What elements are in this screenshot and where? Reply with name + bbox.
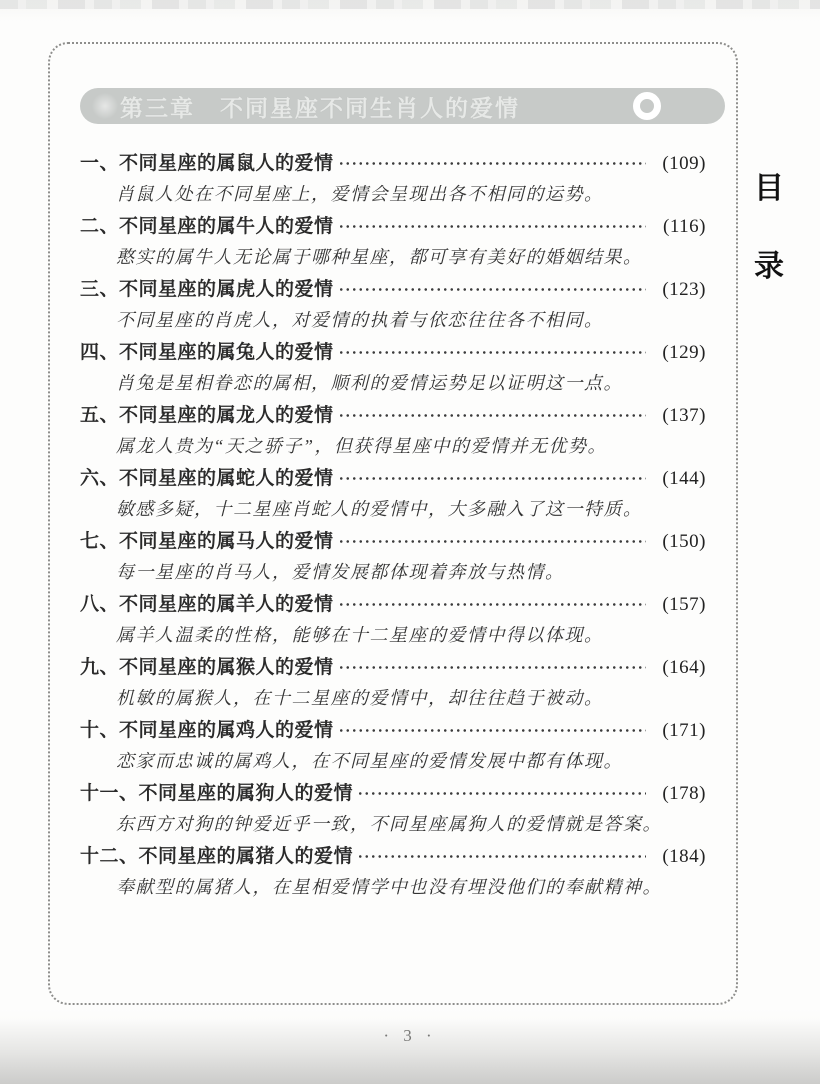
entry-description: 肖兔是星相眷恋的属相，顺利的爱情运势足以证明这一点。 <box>116 368 706 399</box>
entry-title: 十二、不同星座的属猪人的爱情 <box>80 841 353 872</box>
entry-title: 三、不同星座的属虎人的爱情 <box>80 274 334 305</box>
entry-description: 憨实的属牛人无论属于哪种星座，都可享有美好的婚姻结果。 <box>116 242 706 273</box>
ring-icon <box>633 92 661 120</box>
entry-description: 东西方对狗的钟爱近乎一致，不同星座属狗人的爱情就是答案。 <box>116 809 706 840</box>
dot-leader <box>357 778 646 809</box>
entry-description: 敏感多疑，十二星座肖蛇人的爱情中，大多融入了这一特质。 <box>116 494 706 525</box>
entry-title-row: 一、不同星座的属鼠人的爱情 (109) <box>80 148 706 179</box>
entry-page-number: (178) <box>652 778 706 809</box>
content-frame: 第三章 不同星座不同生肖人的爱情 一、不同星座的属鼠人的爱情 (109) 肖鼠人… <box>48 42 738 1005</box>
toc-entry: 八、不同星座的属羊人的爱情 (157) 属羊人温柔的性格，能够在十二星座的爱情中… <box>80 589 706 651</box>
dot-leader <box>338 148 646 179</box>
dot-leader <box>357 841 646 872</box>
entry-page-number: (123) <box>652 274 706 305</box>
dot-leader <box>338 274 646 305</box>
entry-description: 奉献型的属猪人，在星相爱情学中也没有埋没他们的奉献精神。 <box>116 872 706 903</box>
side-label-char: 目 <box>754 163 784 207</box>
bar-highlight <box>92 93 118 119</box>
toc-entry: 十一、不同星座的属狗人的爱情 (178) 东西方对狗的钟爱近乎一致，不同星座属狗… <box>80 778 706 840</box>
entry-page-number: (129) <box>652 337 706 368</box>
entry-page-number: (144) <box>652 463 706 494</box>
toc-entry: 一、不同星座的属鼠人的爱情 (109) 肖鼠人处在不同星座上，爱情会呈现出各不相… <box>80 148 706 210</box>
entry-description: 肖鼠人处在不同星座上，爱情会呈现出各不相同的运势。 <box>116 179 706 210</box>
entry-title: 九、不同星座的属猴人的爱情 <box>80 652 334 683</box>
entry-title-row: 十一、不同星座的属狗人的爱情 (178) <box>80 778 706 809</box>
entry-title: 二、不同星座的属牛人的爱情 <box>80 211 334 242</box>
dot-leader <box>338 211 646 242</box>
entry-page-number: (116) <box>652 211 706 242</box>
entry-title-row: 二、不同星座的属牛人的爱情 (116) <box>80 211 706 242</box>
toc-entry: 三、不同星座的属虎人的爱情 (123) 不同星座的肖虎人，对爱情的执着与依恋往往… <box>80 274 706 336</box>
dot-leader <box>338 526 646 557</box>
toc-entry: 六、不同星座的属蛇人的爱情 (144) 敏感多疑，十二星座肖蛇人的爱情中，大多融… <box>80 463 706 525</box>
side-label-char: 录 <box>754 241 784 285</box>
entry-page-number: (164) <box>652 652 706 683</box>
book-page: 第三章 不同星座不同生肖人的爱情 一、不同星座的属鼠人的爱情 (109) 肖鼠人… <box>0 0 820 1084</box>
page-number: · 3 · <box>0 1026 820 1046</box>
entry-page-number: (137) <box>652 400 706 431</box>
dot-leader <box>338 715 646 746</box>
toc-entry: 五、不同星座的属龙人的爱情 (137) 属龙人贵为“天之骄子”，但获得星座中的爱… <box>80 400 706 462</box>
entry-page-number: (171) <box>652 715 706 746</box>
toc-entry: 二、不同星座的属牛人的爱情 (116) 憨实的属牛人无论属于哪种星座，都可享有美… <box>80 211 706 273</box>
entry-description: 机敏的属猴人，在十二星座的爱情中，却往往趋于被动。 <box>116 683 706 714</box>
entry-title: 五、不同星座的属龙人的爱情 <box>80 400 334 431</box>
entry-description: 每一星座的肖马人，爱情发展都体现着奔放与热情。 <box>116 557 706 588</box>
entry-title-row: 七、不同星座的属马人的爱情 (150) <box>80 526 706 557</box>
entry-title-row: 四、不同星座的属兔人的爱情 (129) <box>80 337 706 368</box>
dot-leader <box>338 400 646 431</box>
toc-entry: 十二、不同星座的属猪人的爱情 (184) 奉献型的属猪人，在星相爱情学中也没有埋… <box>80 841 706 903</box>
entry-page-number: (150) <box>652 526 706 557</box>
entry-description: 属龙人贵为“天之骄子”，但获得星座中的爱情并无优势。 <box>116 431 706 462</box>
entry-title-row: 五、不同星座的属龙人的爱情 (137) <box>80 400 706 431</box>
toc-entry: 九、不同星座的属猴人的爱情 (164) 机敏的属猴人，在十二星座的爱情中，却往往… <box>80 652 706 714</box>
entry-title-row: 十、不同星座的属鸡人的爱情 (171) <box>80 715 706 746</box>
entry-description: 属羊人温柔的性格，能够在十二星座的爱情中得以体现。 <box>116 620 706 651</box>
chapter-header-bar: 第三章 不同星座不同生肖人的爱情 <box>80 88 725 124</box>
entry-title-row: 八、不同星座的属羊人的爱情 (157) <box>80 589 706 620</box>
toc-list: 一、不同星座的属鼠人的爱情 (109) 肖鼠人处在不同星座上，爱情会呈现出各不相… <box>80 148 706 903</box>
entry-description: 恋家而忠诚的属鸡人，在不同星座的爱情发展中都有体现。 <box>116 746 706 777</box>
entry-title-row: 九、不同星座的属猴人的爱情 (164) <box>80 652 706 683</box>
entry-title: 十一、不同星座的属狗人的爱情 <box>80 778 353 809</box>
entry-title: 四、不同星座的属兔人的爱情 <box>80 337 334 368</box>
entry-title: 六、不同星座的属蛇人的爱情 <box>80 463 334 494</box>
dot-leader <box>338 337 646 368</box>
toc-entry: 十、不同星座的属鸡人的爱情 (171) 恋家而忠诚的属鸡人，在不同星座的爱情发展… <box>80 715 706 777</box>
dot-leader <box>338 652 646 683</box>
entry-title-row: 三、不同星座的属虎人的爱情 (123) <box>80 274 706 305</box>
entry-title: 十、不同星座的属鸡人的爱情 <box>80 715 334 746</box>
side-label-toc: 目 录 <box>754 163 784 285</box>
entry-title-row: 十二、不同星座的属猪人的爱情 (184) <box>80 841 706 872</box>
entry-title: 七、不同星座的属马人的爱情 <box>80 526 334 557</box>
entry-description: 不同星座的肖虎人，对爱情的执着与依恋往往各不相同。 <box>116 305 706 336</box>
entry-title: 八、不同星座的属羊人的爱情 <box>80 589 334 620</box>
scan-artifact-top <box>0 0 820 9</box>
chapter-title: 第三章 不同星座不同生肖人的爱情 <box>120 90 520 123</box>
entry-page-number: (184) <box>652 841 706 872</box>
entry-title-row: 六、不同星座的属蛇人的爱情 (144) <box>80 463 706 494</box>
toc-entry: 七、不同星座的属马人的爱情 (150) 每一星座的肖马人，爱情发展都体现着奔放与… <box>80 526 706 588</box>
entry-title: 一、不同星座的属鼠人的爱情 <box>80 148 334 179</box>
toc-entry: 四、不同星座的属兔人的爱情 (129) 肖兔是星相眷恋的属相，顺利的爱情运势足以… <box>80 337 706 399</box>
dot-leader <box>338 589 646 620</box>
entry-page-number: (157) <box>652 589 706 620</box>
dot-leader <box>338 463 646 494</box>
entry-page-number: (109) <box>652 148 706 179</box>
